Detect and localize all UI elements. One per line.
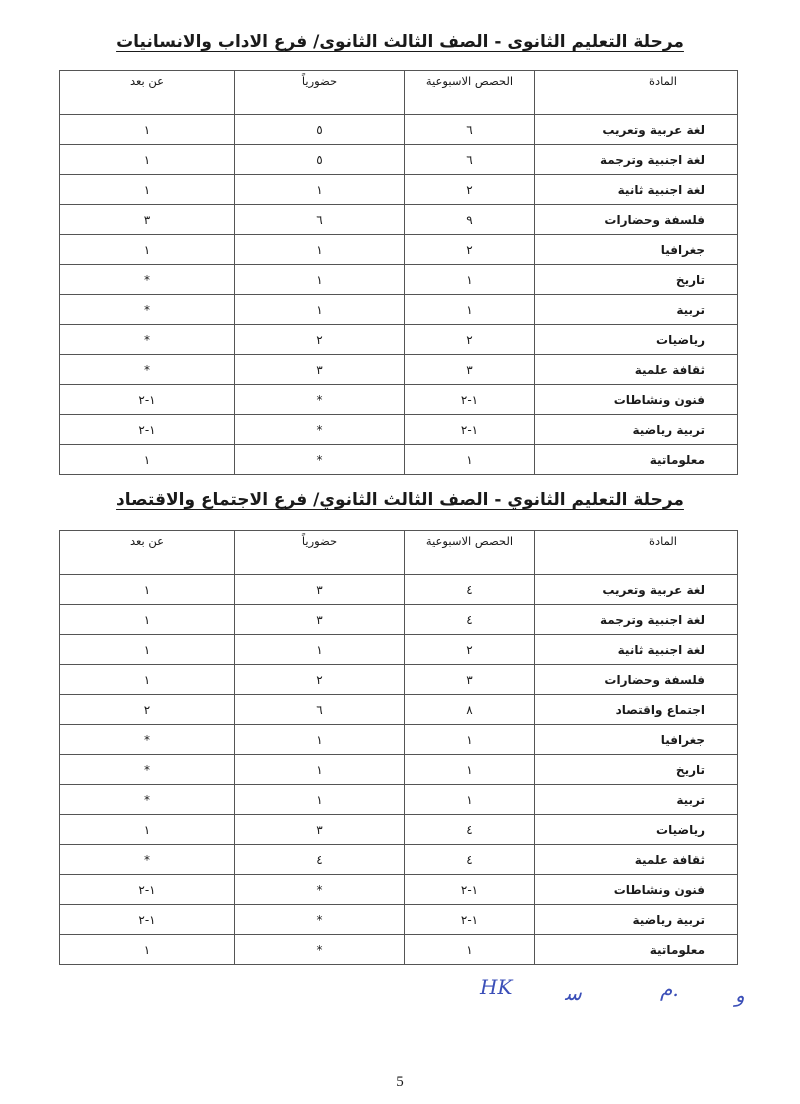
cell-onsite: * <box>235 875 405 905</box>
table-row: جغرافيا١١* <box>60 725 738 755</box>
cell-remote: * <box>60 325 235 355</box>
cell-remote: ١ <box>60 815 235 845</box>
cell-onsite: ٦ <box>235 695 405 725</box>
cell-onsite: ١ <box>235 175 405 205</box>
cell-subject: رياضيات <box>535 325 738 355</box>
cell-remote: ١-٢ <box>60 905 235 935</box>
cell-weekly: ١ <box>405 265 535 295</box>
table-header-row: المادة الحصص الاسبوعية حضورياً عن بعد <box>60 71 738 115</box>
cell-remote: ١ <box>60 145 235 175</box>
cell-onsite: ١ <box>235 755 405 785</box>
cell-remote: * <box>60 725 235 755</box>
cell-onsite: ٥ <box>235 145 405 175</box>
cell-remote: ١ <box>60 665 235 695</box>
section-title-text: مرحلة التعليم الثانوي - الصف الثالث الثا… <box>116 490 684 510</box>
cell-subject: لغة اجنبية ثانية <box>535 635 738 665</box>
cell-weekly: ١ <box>405 445 535 475</box>
header-remote: عن بعد <box>60 71 235 115</box>
cell-weekly: ٤ <box>405 815 535 845</box>
cell-weekly: ٢ <box>405 325 535 355</box>
header-onsite: حضورياً <box>235 531 405 575</box>
cell-remote: ١ <box>60 235 235 265</box>
cell-onsite: * <box>235 905 405 935</box>
cell-subject: ثقافة علمية <box>535 355 738 385</box>
cell-subject: تربية <box>535 785 738 815</box>
table-row: فنون ونشاطات١-٢*١-٢ <box>60 875 738 905</box>
cell-remote: * <box>60 265 235 295</box>
cell-weekly: ١ <box>405 295 535 325</box>
cell-remote: ٢ <box>60 695 235 725</box>
table-row: تاريخ١١* <box>60 755 738 785</box>
cell-subject: لغة عربية وتعريب <box>535 115 738 145</box>
page-number: 5 <box>0 1074 800 1091</box>
table-row: رياضيات٢٢* <box>60 325 738 355</box>
header-subject: المادة <box>535 71 738 115</box>
cell-subject: ثقافة علمية <box>535 845 738 875</box>
table-row: ثقافة علمية٣٣* <box>60 355 738 385</box>
cell-weekly: ١-٢ <box>405 415 535 445</box>
cell-onsite: * <box>235 445 405 475</box>
cell-remote: * <box>60 355 235 385</box>
cell-subject: تاريخ <box>535 265 738 295</box>
signature: ﻭ <box>735 983 745 1007</box>
cell-weekly: ٢ <box>405 175 535 205</box>
table-row: لغة اجنبية وترجمة٦٥١ <box>60 145 738 175</box>
cell-subject: فنون ونشاطات <box>535 385 738 415</box>
table-row: جغرافيا٢١١ <box>60 235 738 265</box>
cell-onsite: ١ <box>235 635 405 665</box>
cell-weekly: ١ <box>405 935 535 965</box>
cell-weekly: ١-٢ <box>405 905 535 935</box>
cell-subject: فلسفة وحضارات <box>535 205 738 235</box>
table-row: معلوماتية١*١ <box>60 445 738 475</box>
table-row: لغة اجنبية وترجمة٤٣١ <box>60 605 738 635</box>
cell-onsite: ٤ <box>235 845 405 875</box>
header-weekly: الحصص الاسبوعية <box>405 71 535 115</box>
cell-weekly: ١-٢ <box>405 875 535 905</box>
header-onsite: حضورياً <box>235 71 405 115</box>
cell-remote: ١ <box>60 575 235 605</box>
cell-subject: تاريخ <box>535 755 738 785</box>
cell-remote: * <box>60 295 235 325</box>
table-row: تربية١١* <box>60 785 738 815</box>
cell-subject: رياضيات <box>535 815 738 845</box>
cell-remote: * <box>60 755 235 785</box>
header-weekly: الحصص الاسبوعية <box>405 531 535 575</box>
table-row: ثقافة علمية٤٤* <box>60 845 738 875</box>
cell-weekly: ٦ <box>405 145 535 175</box>
table-row: معلوماتية١*١ <box>60 935 738 965</box>
cell-weekly: ٣ <box>405 665 535 695</box>
section-title-text: مرحلة التعليم الثانوى - الصف الثالث الثا… <box>116 32 684 52</box>
cell-remote: ١ <box>60 635 235 665</box>
cell-weekly: ١ <box>405 755 535 785</box>
table-header-row: المادة الحصص الاسبوعية حضورياً عن بعد <box>60 531 738 575</box>
table-row: تربية رياضية١-٢*١-٢ <box>60 905 738 935</box>
cell-subject: تربية رياضية <box>535 415 738 445</box>
cell-onsite: ٢ <box>235 665 405 695</box>
cell-onsite: ٣ <box>235 815 405 845</box>
cell-weekly: ٢ <box>405 635 535 665</box>
cell-weekly: ٤ <box>405 845 535 875</box>
table-row: اجتماع واقتصاد٨٦٢ <box>60 695 738 725</box>
cell-onsite: * <box>235 385 405 415</box>
header-remote: عن بعد <box>60 531 235 575</box>
signature: م. <box>660 977 679 1001</box>
cell-weekly: ٤ <box>405 575 535 605</box>
cell-subject: تربية <box>535 295 738 325</box>
cell-subject: فنون ونشاطات <box>535 875 738 905</box>
cell-onsite: ٢ <box>235 325 405 355</box>
cell-subject: لغة اجنبية وترجمة <box>535 145 738 175</box>
cell-onsite: ١ <box>235 785 405 815</box>
cell-remote: ١-٢ <box>60 385 235 415</box>
cell-subject: لغة اجنبية وترجمة <box>535 605 738 635</box>
table-row: فلسفة وحضارات٩٦٣ <box>60 205 738 235</box>
signature: HK <box>480 975 512 999</box>
cell-remote: ١ <box>60 605 235 635</box>
table-row: تربية رياضية١-٢*١-٢ <box>60 415 738 445</box>
cell-subject: فلسفة وحضارات <box>535 665 738 695</box>
cell-onsite: ٣ <box>235 575 405 605</box>
cell-onsite: ١ <box>235 265 405 295</box>
cell-weekly: ١-٢ <box>405 385 535 415</box>
cell-subject: جغرافيا <box>535 725 738 755</box>
table-row: تربية١١* <box>60 295 738 325</box>
cell-subject: لغة عربية وتعريب <box>535 575 738 605</box>
header-subject: المادة <box>535 531 738 575</box>
cell-onsite: ٦ <box>235 205 405 235</box>
cell-remote: * <box>60 845 235 875</box>
cell-remote: ١-٢ <box>60 415 235 445</box>
cell-weekly: ٢ <box>405 235 535 265</box>
cell-remote: ١-٢ <box>60 875 235 905</box>
cell-onsite: * <box>235 415 405 445</box>
cell-subject: جغرافيا <box>535 235 738 265</box>
cell-weekly: ١ <box>405 785 535 815</box>
cell-weekly: ٦ <box>405 115 535 145</box>
cell-remote: ١ <box>60 935 235 965</box>
table-row: فلسفة وحضارات٣٢١ <box>60 665 738 695</box>
cell-remote: ١ <box>60 115 235 145</box>
section-title-social-economics: مرحلة التعليم الثانوي - الصف الثالث الثا… <box>0 490 800 510</box>
cell-onsite: * <box>235 935 405 965</box>
signature: ﺳ <box>565 981 582 1005</box>
cell-remote: ١ <box>60 445 235 475</box>
table-row: لغة اجنبية ثانية٢١١ <box>60 635 738 665</box>
cell-onsite: ٣ <box>235 605 405 635</box>
cell-weekly: ٤ <box>405 605 535 635</box>
cell-weekly: ٨ <box>405 695 535 725</box>
cell-subject: معلوماتية <box>535 445 738 475</box>
table-row: لغة اجنبية ثانية٢١١ <box>60 175 738 205</box>
cell-weekly: ٣ <box>405 355 535 385</box>
table-row: فنون ونشاطات١-٢*١-٢ <box>60 385 738 415</box>
schedule-table-arts: المادة الحصص الاسبوعية حضورياً عن بعد لغ… <box>59 70 738 475</box>
table-row: لغة عربية وتعريب٦٥١ <box>60 115 738 145</box>
cell-subject: لغة اجنبية ثانية <box>535 175 738 205</box>
cell-subject: معلوماتية <box>535 935 738 965</box>
table-row: تاريخ١١* <box>60 265 738 295</box>
schedule-table-social-economics: المادة الحصص الاسبوعية حضورياً عن بعد لغ… <box>59 530 738 965</box>
table-row: لغة عربية وتعريب٤٣١ <box>60 575 738 605</box>
cell-remote: ١ <box>60 175 235 205</box>
cell-remote: ٣ <box>60 205 235 235</box>
section-title-arts: مرحلة التعليم الثانوى - الصف الثالث الثا… <box>0 32 800 52</box>
cell-onsite: ٥ <box>235 115 405 145</box>
cell-remote: * <box>60 785 235 815</box>
cell-weekly: ١ <box>405 725 535 755</box>
cell-onsite: ١ <box>235 295 405 325</box>
cell-weekly: ٩ <box>405 205 535 235</box>
table-row: رياضيات٤٣١ <box>60 815 738 845</box>
handwritten-signatures: HK ﺳ م. ﻭ <box>460 975 760 1015</box>
cell-subject: تربية رياضية <box>535 905 738 935</box>
cell-onsite: ١ <box>235 725 405 755</box>
cell-onsite: ٣ <box>235 355 405 385</box>
cell-subject: اجتماع واقتصاد <box>535 695 738 725</box>
cell-onsite: ١ <box>235 235 405 265</box>
